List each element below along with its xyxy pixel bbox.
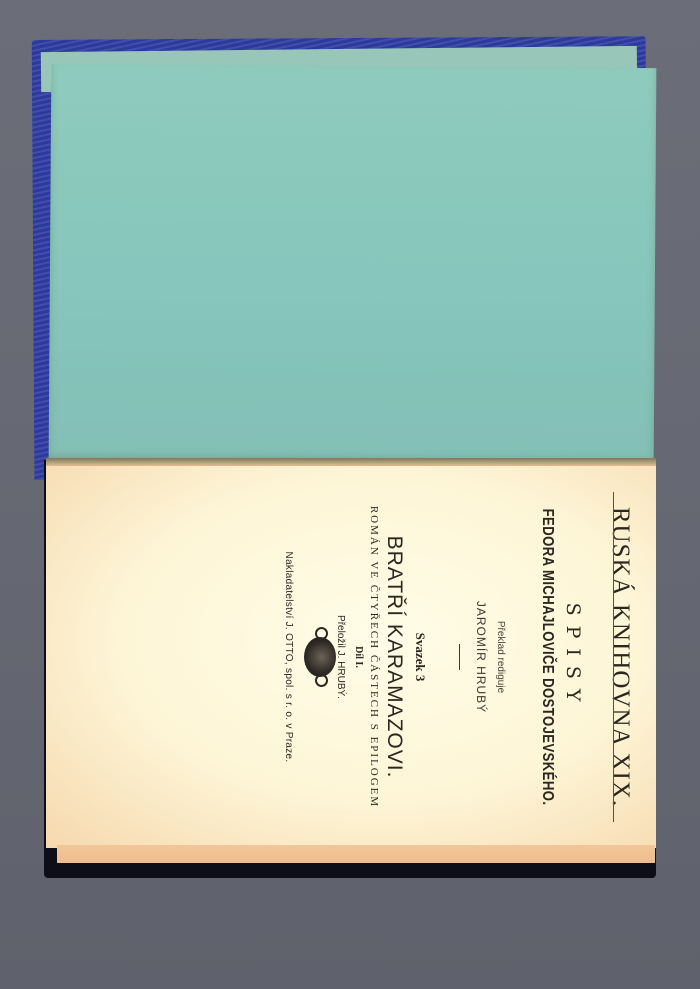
author-name: FEDORA MICHAJLOVIČE DOSTOJEVSKÉHO.	[538, 500, 556, 813]
ornamental-rule	[613, 492, 614, 822]
endpaper	[49, 64, 657, 466]
part-number: Díl I.	[353, 466, 364, 848]
collection-title: SPISY	[562, 466, 584, 848]
publisher-emblem-icon	[304, 637, 336, 677]
publisher-imprint: Nakladatelství J. OTTO, spol. s r. o. v …	[283, 466, 294, 848]
divider	[459, 644, 460, 670]
book-title: BRATŘÍ KARAMAZOVI.	[382, 466, 406, 848]
series-title: RUSKÁ KNIHOVNA XIX.	[606, 466, 634, 848]
editor-label: Překlad rediguje	[495, 466, 506, 848]
translator: Přeložil J. HRUBÝ.	[335, 466, 346, 848]
editor-name: JAROMÍR HRUBÝ	[474, 466, 488, 848]
book-subtitle: ROMÁN VE ČTYŘECH ČÁSTECH S EPILOGEM	[368, 466, 380, 848]
title-page-text: RUSKÁ KNIHOVNA XIX. SPISY FEDORA MICHAJL…	[46, 466, 656, 848]
volume-number: Svazek 3	[412, 466, 428, 848]
